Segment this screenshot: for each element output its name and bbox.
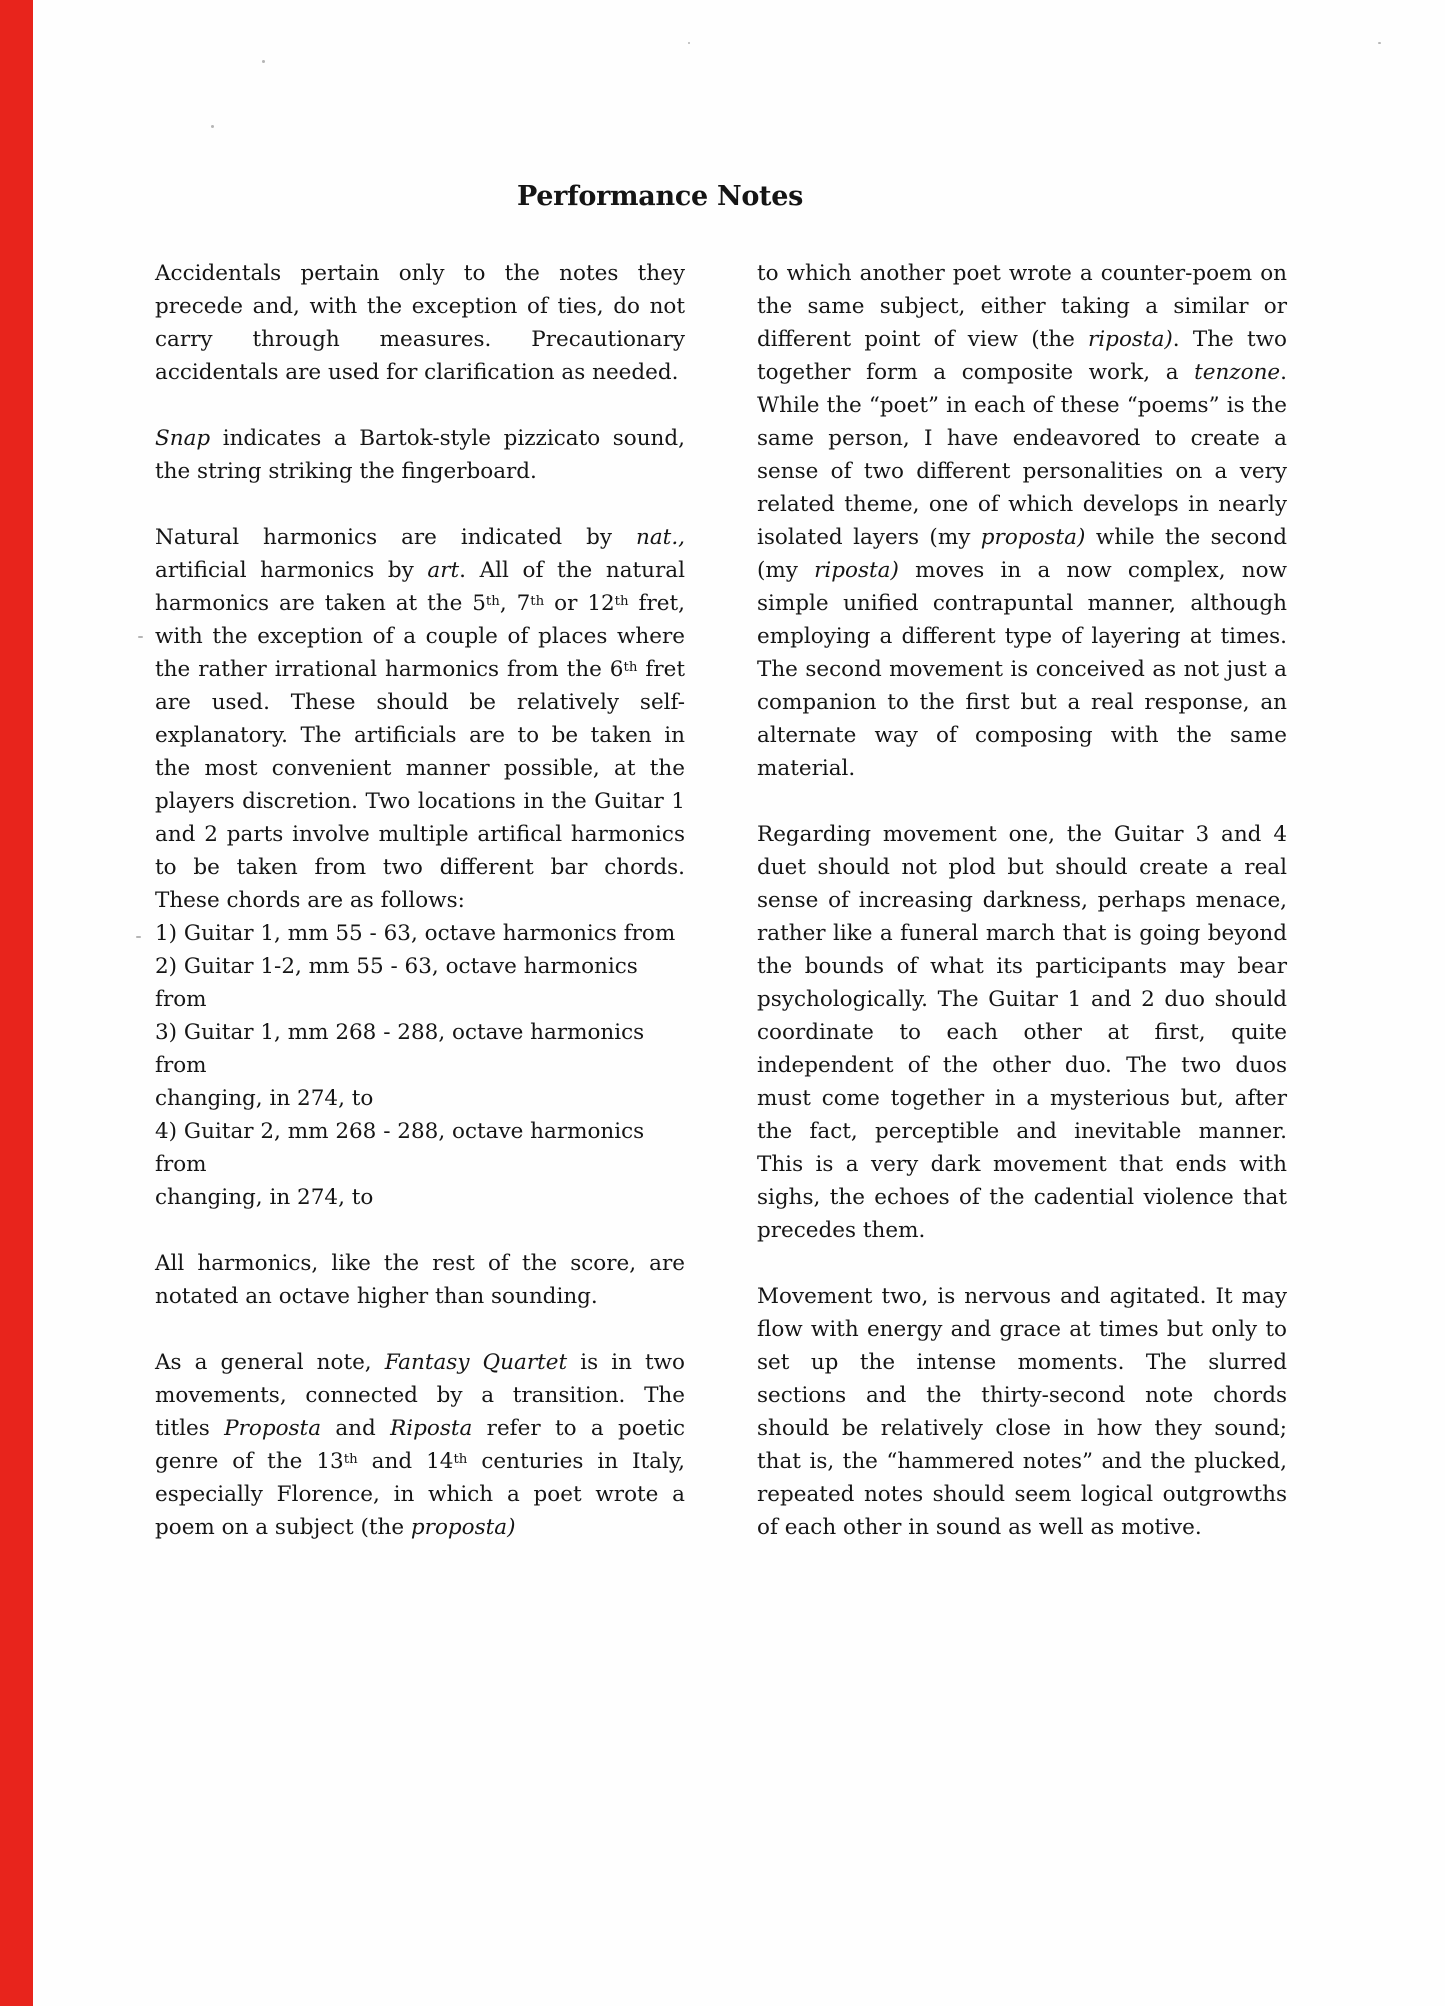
chord-list-item-3: 3) Guitar 1, mm 268 - 288, octave harmon… xyxy=(155,1016,685,1082)
movement-one-paragraph: Regarding movement one, the Guitar 3 and… xyxy=(757,818,1287,1247)
snap-paragraph: Snap indicates a Bartok-style pizzicato … xyxy=(155,422,685,488)
chord-list-item-4: 4) Guitar 2, mm 268 - 288, octave harmon… xyxy=(155,1115,685,1181)
scan-speck xyxy=(1378,42,1381,44)
two-column-text-area: Accidentals pertain only to the notes th… xyxy=(155,257,1287,1577)
notation-paragraph: All harmonics, like the rest of the scor… xyxy=(155,1247,685,1313)
general-note-paragraph: As a general note, Fantasy Quartet is in… xyxy=(155,1346,685,1544)
left-column: Accidentals pertain only to the notes th… xyxy=(155,257,685,1577)
harmonics-paragraph: Natural harmonics are indicated by nat.,… xyxy=(155,521,685,917)
page-title: Performance Notes xyxy=(33,181,1287,212)
tenzone-paragraph: to which another poet wrote a counter-po… xyxy=(757,257,1287,785)
scan-speck xyxy=(262,60,265,63)
accidentals-paragraph: Accidentals pertain only to the notes th… xyxy=(155,257,685,389)
chord-list-item-1: 1) Guitar 1, mm 55 - 63, octave harmonic… xyxy=(155,917,685,950)
chord-list-item-4-continuation: changing, in 274, to xyxy=(155,1181,685,1214)
scan-speck xyxy=(136,936,141,938)
scan-speck xyxy=(138,636,143,638)
scan-speck xyxy=(688,42,690,44)
movement-two-paragraph: Movement two, is nervous and agitated. I… xyxy=(757,1280,1287,1544)
chord-list-item-2: 2) Guitar 1-2, mm 55 - 63, octave harmon… xyxy=(155,950,685,1016)
page-edge-strip xyxy=(0,0,33,2006)
chord-list-item-3-continuation: changing, in 274, to xyxy=(155,1082,685,1115)
right-column: to which another poet wrote a counter-po… xyxy=(757,257,1287,1577)
scan-speck xyxy=(211,125,214,128)
